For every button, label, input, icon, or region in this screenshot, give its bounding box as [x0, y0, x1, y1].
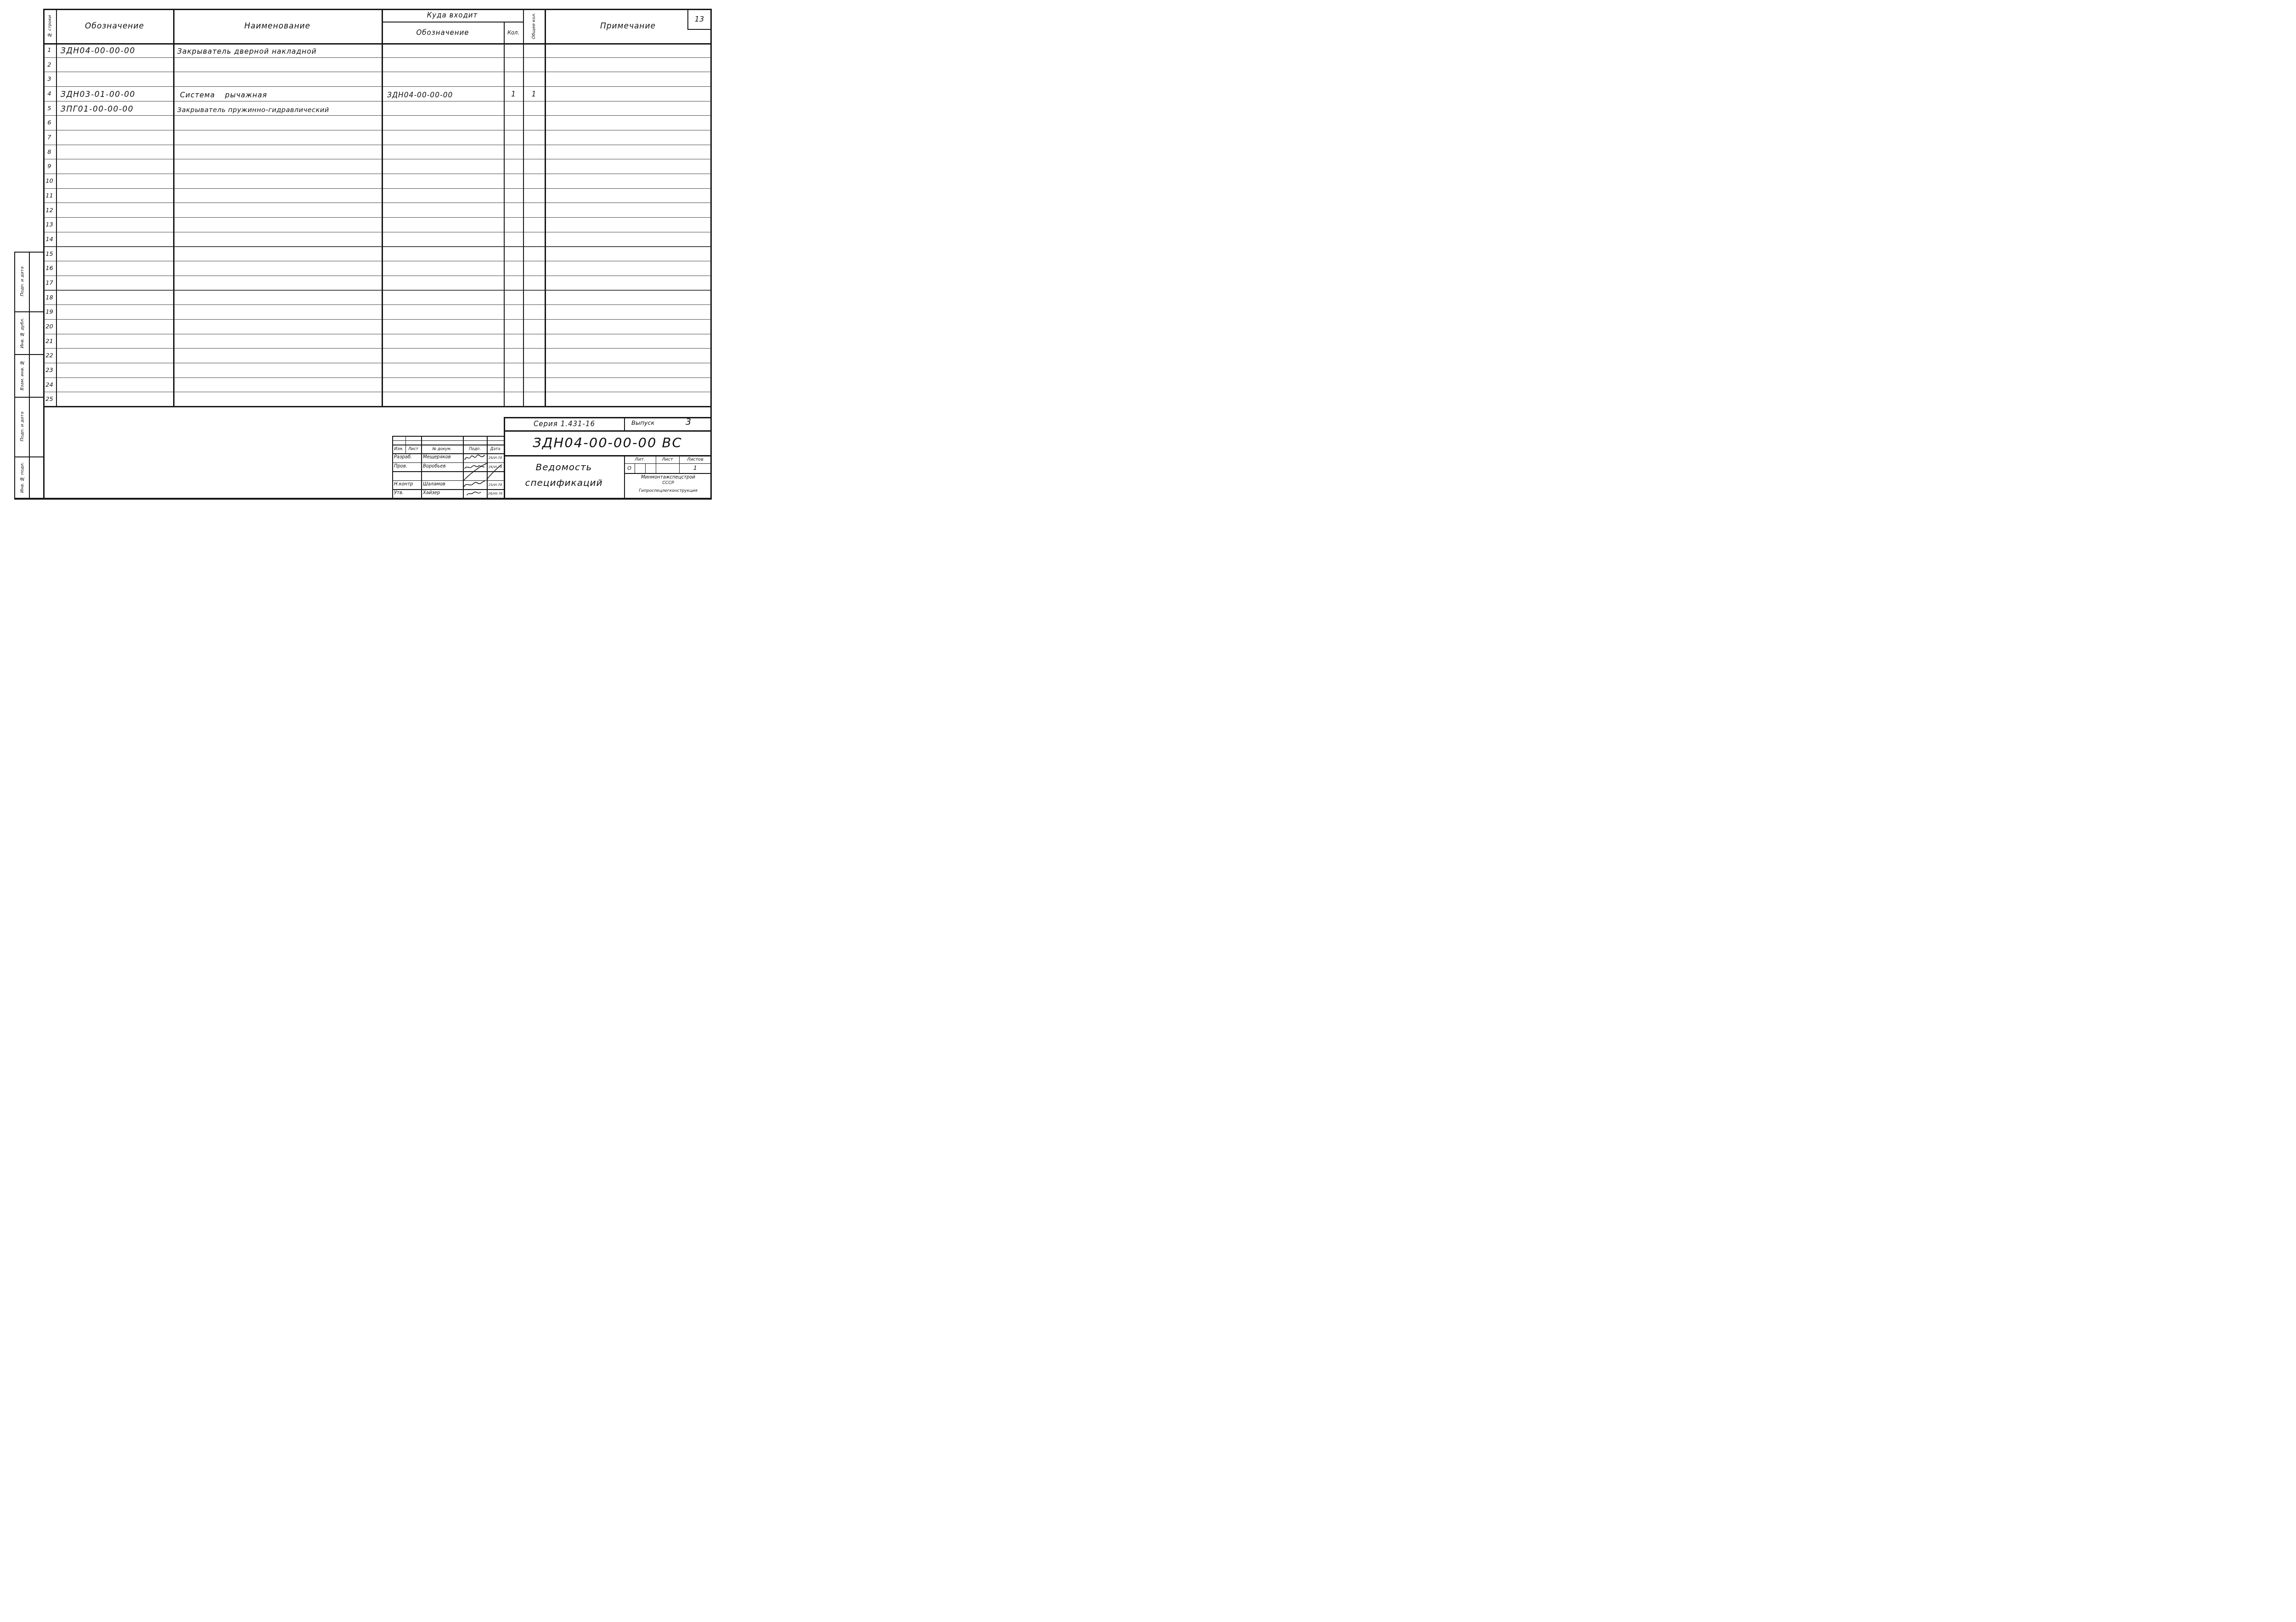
sig-date-razrab: 26/VI-78 — [487, 454, 504, 462]
header-where-designation: Обозначение — [382, 22, 504, 43]
sig-role-prov: Пров. — [394, 464, 407, 469]
side-panel-inner-line — [29, 252, 30, 498]
page-number: 13 — [687, 9, 711, 29]
header-total-qty: Общее кол. — [523, 9, 545, 43]
sig-role-nkontr: Н.контр — [394, 482, 413, 487]
row-number: 10 — [43, 174, 56, 189]
side-label-podp-data-1: Подп. и дата — [15, 253, 29, 310]
doc-title-line2: спецификаций — [504, 476, 624, 490]
frame-bottom-line — [14, 498, 712, 500]
cell-total-qty: 1 — [523, 87, 545, 101]
org-name-line3: Гипроспецлегконструкция — [625, 487, 711, 495]
sheet-label: Лист — [656, 455, 679, 463]
header-where-used: Куда входит — [382, 9, 523, 22]
row-number: 11 — [43, 189, 56, 203]
cell-name: Закрыватель дверной накладной — [177, 45, 317, 58]
cell-name: Система рычажная — [180, 89, 267, 101]
sig-header-list: Лист — [405, 445, 421, 453]
sig-name-utv: Хайзер — [423, 490, 440, 496]
signature-scribble-stray — [461, 462, 503, 481]
sheets-label: Листов — [679, 455, 711, 463]
row-number: 14 — [43, 232, 56, 247]
signature-scribble-utv — [466, 490, 483, 497]
sheets-value: 1 — [679, 463, 711, 473]
sig-date-nkontr: 25/VI-78 — [487, 481, 504, 489]
sig-name-nkontr: Шаламов — [423, 482, 445, 487]
row-number: 4 — [43, 87, 56, 101]
cell-where-designation: ЗДН04-00-00-00 — [387, 89, 453, 101]
row-number: 6 — [43, 116, 56, 130]
row-number: 2 — [43, 58, 56, 73]
header-note: Примечание — [545, 9, 711, 43]
issue-value: 3 — [686, 417, 691, 427]
table-row-separators — [43, 43, 711, 407]
cell-designation: ЗПГ01-00-00-00 — [61, 103, 134, 116]
row-number: 3 — [43, 72, 56, 87]
header-qty: Кол. — [504, 22, 523, 43]
sig-name-razrab: Мещеряков — [423, 455, 451, 460]
row-number: 13 — [43, 218, 56, 232]
title-block-line — [624, 417, 625, 430]
signature-path — [465, 455, 484, 460]
document-designation: ЗДН04-00-00-00 ВС — [504, 430, 711, 455]
sig-role-razrab: Разраб. — [394, 455, 412, 460]
row-number: 12 — [43, 203, 56, 218]
row-number: 7 — [43, 130, 56, 145]
row-number: 23 — [43, 363, 56, 378]
row-number: 24 — [43, 378, 56, 393]
issue-label: Выпуск — [631, 420, 654, 427]
sig-table-line — [392, 440, 505, 441]
side-label-inv-dubl: Инв. № дубл. — [15, 312, 29, 353]
row-number: 9 — [43, 159, 56, 174]
row-number: 20 — [43, 320, 56, 334]
row-number: 16 — [43, 261, 56, 276]
row-number: 25 — [43, 392, 56, 407]
title-block-line — [624, 473, 711, 474]
row-number: 8 — [43, 145, 56, 160]
signature-path — [467, 492, 481, 495]
signature-path — [464, 463, 488, 480]
cell-name: Закрыватель пружинно-гидравлический — [177, 104, 329, 117]
cell-designation: ЗДН03-01-00-00 — [61, 88, 135, 101]
sig-name-prov: Воробьев — [423, 464, 446, 469]
cell-qty: 1 — [504, 87, 523, 101]
signature-path — [487, 465, 501, 479]
row-number: 17 — [43, 276, 56, 291]
cell-designation: ЗДН04-00-00-00 — [61, 45, 135, 57]
sig-header-podp: Подп. — [463, 445, 487, 453]
specification-sheet-scan: № строки Обозначение Наименование Куда в… — [0, 0, 724, 507]
row-number: 5 — [43, 101, 56, 116]
title-block-line — [645, 463, 646, 473]
signature-scribble-razrab — [464, 454, 486, 462]
signature-scribble-nkontr — [463, 480, 486, 489]
sig-header-doc-no: № докум. — [421, 445, 463, 453]
row-number: 19 — [43, 305, 56, 320]
side-label-podp-data-2: Подп. и дата — [15, 398, 29, 456]
side-label-inv-podl: Инв. № подл. — [15, 457, 29, 497]
page-box-bottom-line — [687, 29, 711, 30]
sheet-value — [656, 463, 679, 473]
sig-header-izm: Изм. — [392, 445, 405, 453]
row-number: 21 — [43, 334, 56, 349]
sig-role-utv: Утв. — [394, 490, 404, 496]
header-designation: Обозначение — [56, 9, 173, 43]
sig-date-utv: 26/VII-78 — [487, 490, 504, 497]
header-name: Наименование — [173, 9, 382, 43]
row-number: 1 — [43, 43, 56, 58]
side-label-vzam-inv: Взам. инв. № — [15, 355, 29, 396]
title-block-line — [635, 463, 635, 473]
sig-header-data: Дата — [487, 445, 504, 453]
doc-title-line1: Ведомость — [504, 460, 624, 474]
row-number: 22 — [43, 349, 56, 363]
row-number: 15 — [43, 247, 56, 262]
row-number: 18 — [43, 291, 56, 305]
sig-table-line — [392, 436, 505, 437]
header-row-no: № строки — [43, 9, 56, 43]
signature-path — [464, 481, 485, 487]
org-name-line2: СССР — [625, 480, 711, 485]
lit-value: О — [624, 463, 635, 473]
lit-label: Лит. — [624, 455, 656, 463]
series-label: Серия 1.431-16 — [506, 417, 622, 430]
